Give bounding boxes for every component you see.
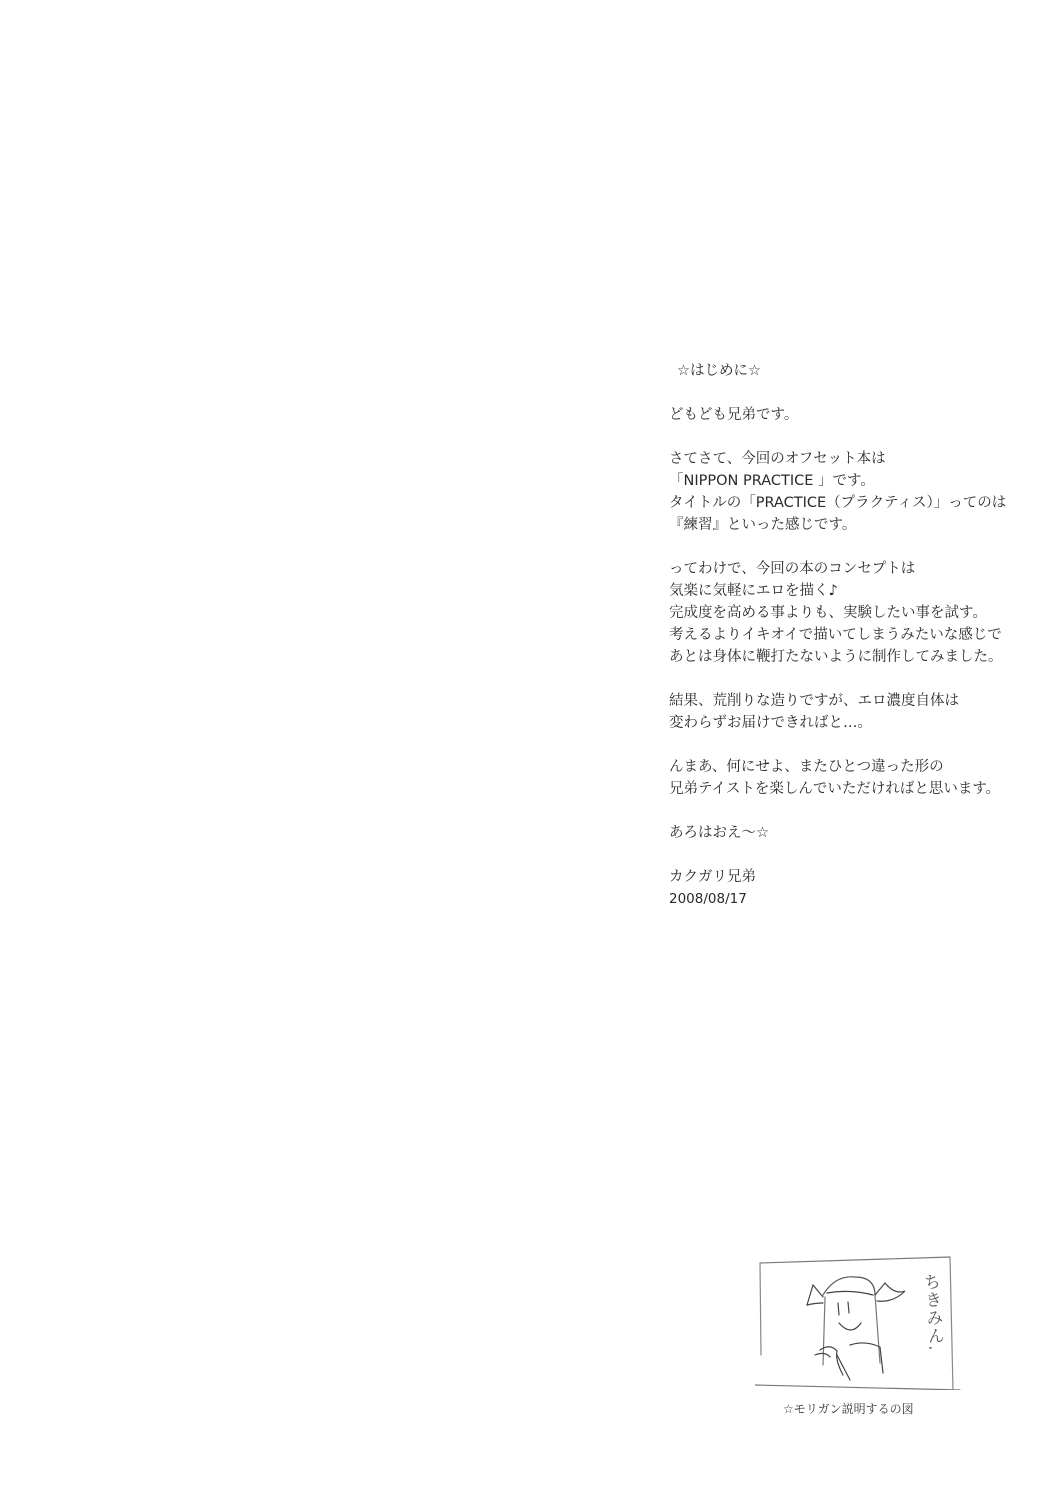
signature-block: カクガリ兄弟 2008/08/17: [669, 866, 1039, 910]
signature: カクガリ兄弟: [669, 866, 1039, 888]
text-line: 考えるよりイキオイで描いてしまうみたいな感じで: [669, 624, 1039, 646]
sketch-illustration: ちきみん.: [755, 1255, 965, 1390]
paragraph-result: 結果、荒削りな造りですが、エロ濃度自体は 変わらずお届けできればと…。: [669, 690, 1039, 734]
text-line: 変わらずお届けできればと…。: [669, 712, 1039, 734]
text-line: 気楽に気軽にエロを描く♪: [669, 580, 1039, 602]
text-line: 完成度を高める事よりも、実験したい事を試す。: [669, 602, 1039, 624]
sketch-caption: ☆モリガン説明するの図: [783, 1400, 914, 1417]
afterword-text: ☆はじめに☆ どもども兄弟です。 さてさて、今回のオフセット本は 「NIPPON…: [669, 360, 1039, 910]
text-line: 『練習』といった感じです。: [669, 514, 1039, 536]
text-line: 兄弟テイストを楽しんでいただければと思います。: [669, 778, 1039, 800]
sketch-handwritten-text: ちきみん.: [917, 1272, 947, 1352]
text-line: どもども兄弟です。: [669, 404, 1039, 426]
paragraph-concept: ってわけで、今回の本のコンセプトは 気楽に気軽にエロを描く♪ 完成度を高める事よ…: [669, 558, 1039, 668]
paragraph-greeting: どもども兄弟です。: [669, 404, 1039, 426]
text-line: 「NIPPON PRACTICE 」です。: [669, 470, 1039, 492]
text-line: タイトルの「PRACTICE（プラクティス）」ってのは: [669, 492, 1039, 514]
text-line: 結果、荒削りな造りですが、エロ濃度自体は: [669, 690, 1039, 712]
paragraph-closing: んまあ、何にせよ、またひとつ違った形の 兄弟テイストを楽しんでいただければと思い…: [669, 756, 1039, 800]
date: 2008/08/17: [669, 888, 1039, 910]
text-line: あとは身体に鞭打たないように制作してみました。: [669, 646, 1039, 668]
paragraph-title: さてさて、今回のオフセット本は 「NIPPON PRACTICE 」です。 タイ…: [669, 448, 1039, 536]
text-line: あろはおえ～☆: [669, 822, 1039, 844]
paragraph-farewell: あろはおえ～☆: [669, 822, 1039, 844]
text-line: んまあ、何にせよ、またひとつ違った形の: [669, 756, 1039, 778]
text-line: さてさて、今回のオフセット本は: [669, 448, 1039, 470]
afterword-heading: ☆はじめに☆: [677, 360, 1039, 382]
text-line: ってわけで、今回の本のコンセプトは: [669, 558, 1039, 580]
